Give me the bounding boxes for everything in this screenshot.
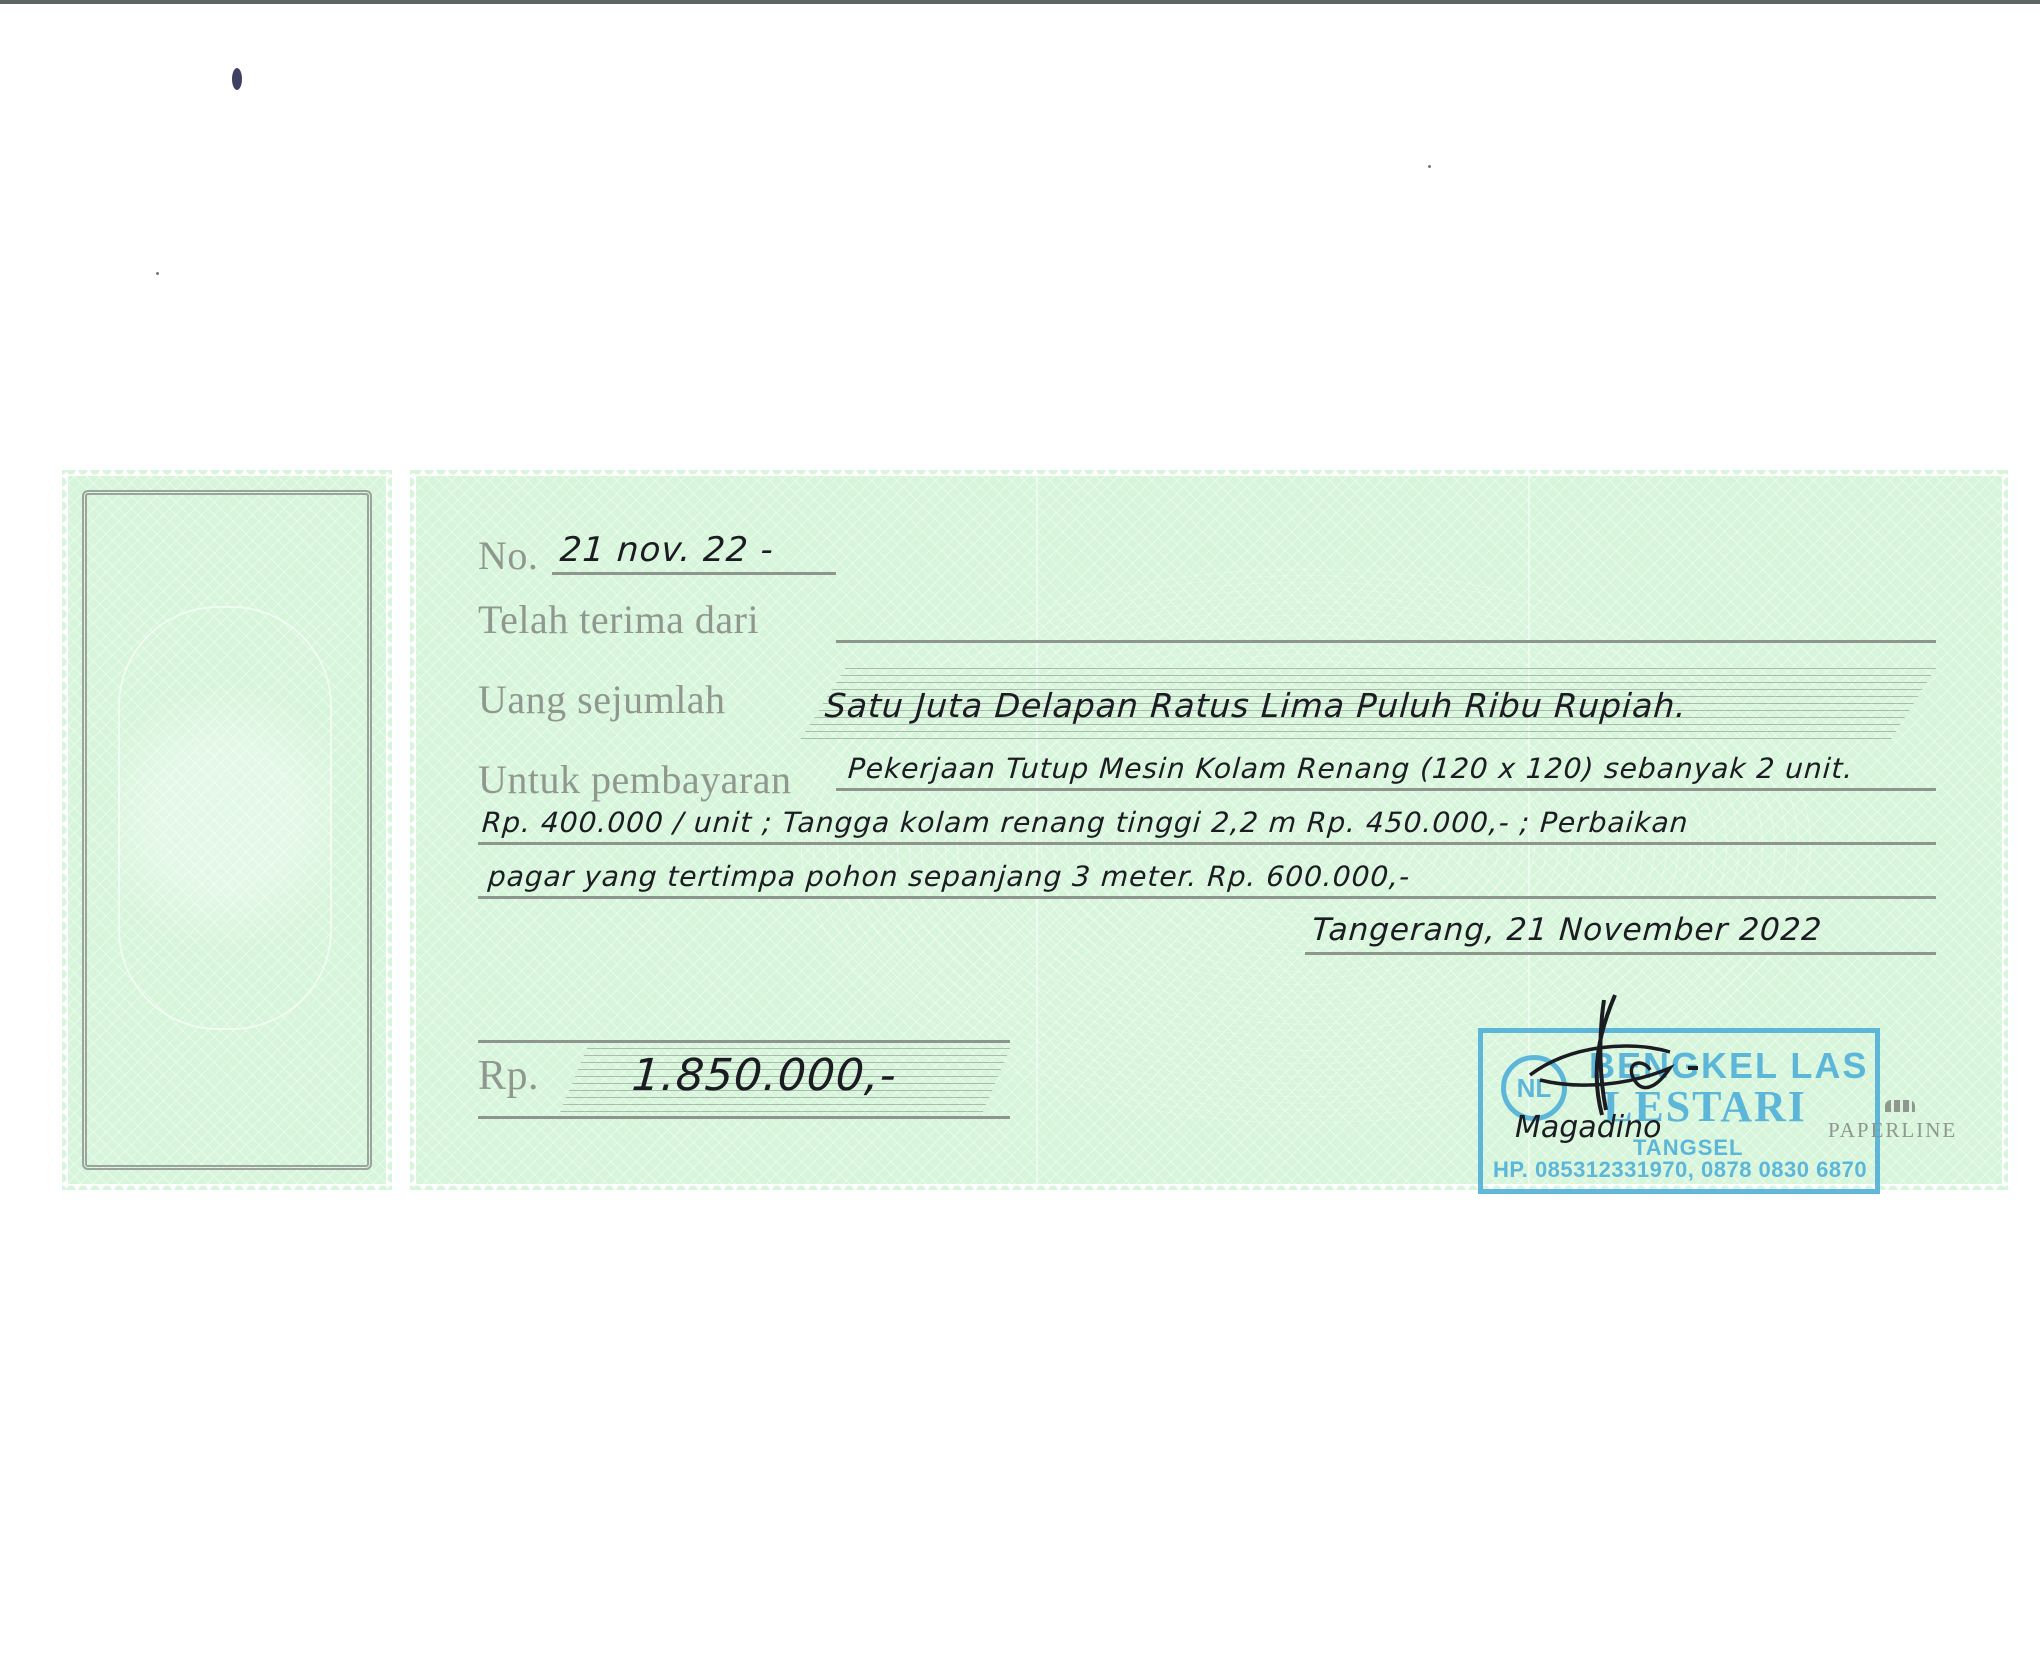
number-line [552,572,836,575]
currency-label: Rp. [478,1052,539,1100]
place-date: Tangerang, 21 November 2022 [1311,912,1824,948]
paper-brand: PAPERLINE [1828,1118,1957,1143]
payment-desc-line-3: pagar yang tertimpa pohon sepanjang 3 me… [487,860,1412,893]
payment-for-label: Untuk pembayaran [478,756,791,803]
amount-in-words: Satu Juta Delapan Ratus Lima Puluh Ribu … [824,686,1689,725]
signer-name: Magadino [1515,1110,1661,1145]
received-from-line [836,640,1936,643]
payment-desc-line-1: Pekerjaan Tutup Mesin Kolam Renang (120 … [847,752,1855,785]
speck [156,272,159,275]
number-label: No. [478,532,538,579]
signature-icon [1520,990,1710,1120]
receipt-stub [68,476,386,1184]
speck [1428,165,1431,168]
scan-edge [0,0,2040,4]
amount-figure: 1.850.000,- [630,1050,898,1101]
date-line [1305,952,1936,955]
paperline-logo-icon [1885,1100,1915,1112]
received-from-label: Telah terima dari [478,596,759,643]
amount-in-words-label: Uang sejumlah [478,676,726,723]
amount-bottom-line [478,1116,1010,1119]
payment-desc-line-2: Rp. 400.000 / unit ; Tangga kolam renang… [481,806,1690,839]
payment-line-3 [478,896,1936,899]
ornamental-border [82,490,372,1170]
payment-line-1 [836,788,1936,791]
receipt-number: 21 nov. 22 - [559,530,776,570]
payment-line-2 [478,842,1936,845]
ink-mark [232,68,242,90]
amount-top-line [478,1040,1010,1043]
stamp-phone: HP. 085312331970, 0878 0830 6870 [1493,1157,1867,1183]
